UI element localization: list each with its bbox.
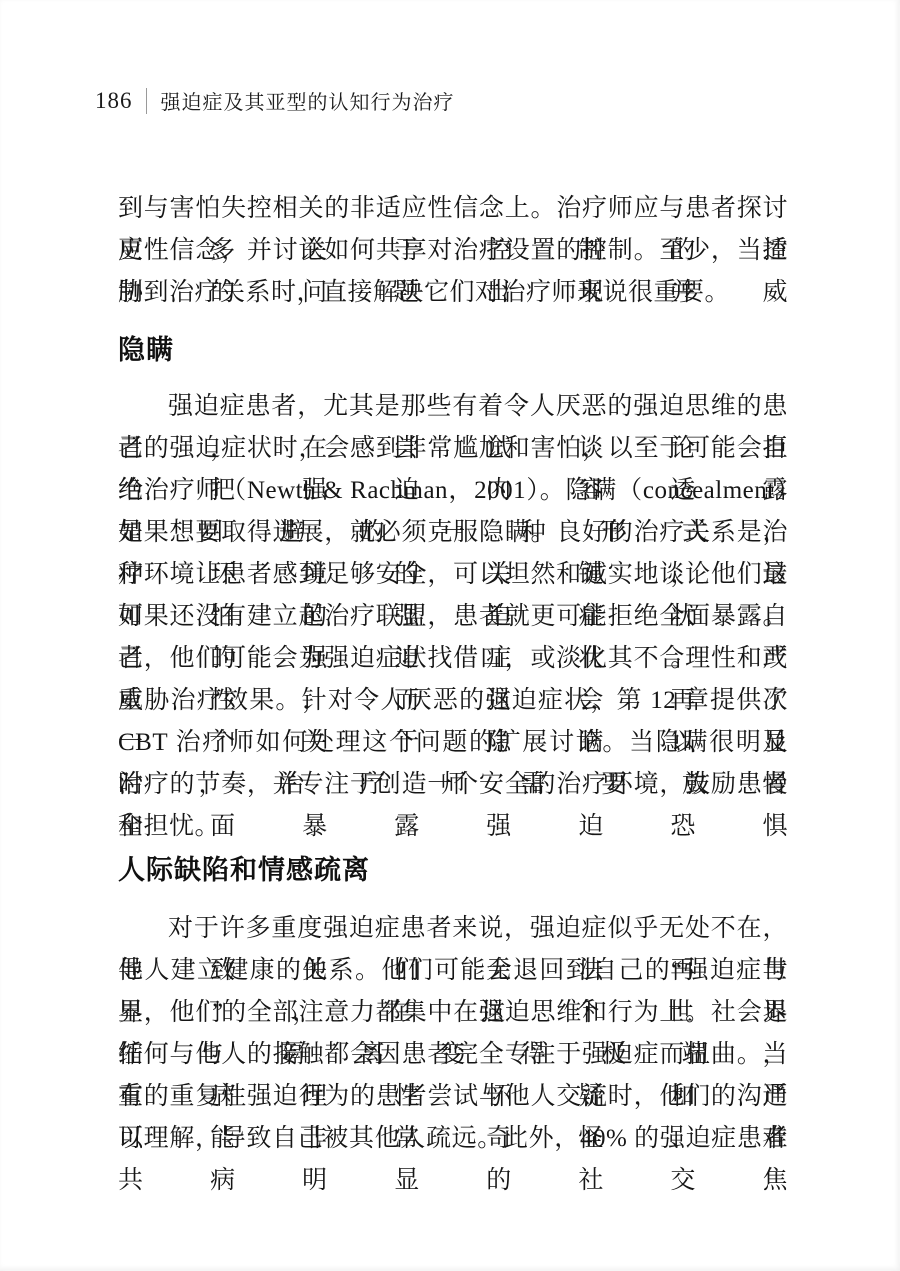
text-line: 重的重复性强迫行为的患者尝试与他人交流时，他们的沟通可能非常奇怪、难 — [118, 1076, 788, 1118]
text-line: 如果想要取得进展，就必须克服隐瞒。良好的治疗关系是治疗环境的关键，这 — [118, 512, 788, 554]
text-line: 者，他们可能会为强迫症状找借口，或淡化其不合理性和严重性，而这会再次 — [118, 638, 788, 680]
running-title: 强迫症及其亚型的认知行为治疗 — [161, 86, 455, 115]
text-line: 胁到治疗关系时，直接解决它们对治疗师来说很重要。 — [118, 272, 788, 314]
text-line: 给治疗师（Newth & Rachman，2001）。隐瞒（concealmen… — [118, 470, 788, 512]
text-line: 强迫症患者，尤其是那些有着令人厌恶的强迫思维的患者，在尝试谈论自 — [118, 386, 788, 428]
page-number: 186 — [95, 88, 133, 114]
text-line: CBT 治疗师如何处理这个问题的扩展讨论。当隐瞒很明显时，治疗师需要放慢 — [118, 722, 788, 764]
text-line: 如果还没有建立起治疗联盟，患者就更可能拒绝全面暴露自己的强迫症状。或 — [118, 596, 788, 638]
section-heading-h-renji: 人际缺陷和情感疏离 — [118, 852, 788, 888]
text-line: 种环境让患者感到足够安全，可以坦然和诚实地谈论他们最可怕的强迫症状。 — [118, 554, 788, 596]
book-page: 186 强迫症及其亚型的认知行为治疗 到与害怕失控相关的非适应性信念上。治疗师应… — [0, 0, 900, 1271]
text-line: 己的强迫症状时，会感到非常尴尬和害怕，以至于可能会拒绝把强迫内容透露 — [118, 428, 788, 470]
text-line: 应性信念，并讨论如何共享对治疗设置的控制。至少，当控制的问题出现并威 — [118, 230, 788, 272]
paragraph-p2: 强迫症患者，尤其是那些有着令人厌恶的强迫思维的患者，在尝试谈论自己的强迫症状时，… — [118, 386, 788, 848]
page-header: 186 强迫症及其亚型的认知行为治疗 — [95, 86, 455, 115]
text-line: 以理解，导致自己被其他人疏远。此外，40% 的强迫症患者共病明显的社交焦 — [118, 1118, 788, 1160]
section-heading-h-yinman: 隐瞒 — [118, 332, 788, 368]
page-body: 到与害怕失控相关的非适应性信念上。治疗师应与患者探讨更多关于控制的适应性信念，并… — [118, 188, 788, 1160]
paragraph-p3: 对于许多重度强迫症患者来说，强迫症似乎无处不在，导致他们无法再与他人建立健康的关… — [118, 908, 788, 1160]
paragraph-p1: 到与害怕失控相关的非适应性信念上。治疗师应与患者探讨更多关于控制的适应性信念，并… — [118, 188, 788, 314]
text-line: 里，他们的全部注意力都集中在强迫思维和行为上。社会退缩与隔离变得极端， — [118, 992, 788, 1034]
text-line: 威胁治疗效果。针对令人厌恶的强迫症状，第 12 章提供了一个关于隐瞒以及 — [118, 680, 788, 722]
header-divider — [146, 88, 147, 114]
text-line: 对于许多重度强迫症患者来说，强迫症似乎无处不在，导致他们无法再与 — [118, 908, 788, 950]
text-line: 到与害怕失控相关的非适应性信念上。治疗师应与患者探讨更多关于控制的适 — [118, 188, 788, 230]
text-line: 任何与他人的接触都会因患者完全专注于强迫症而扭曲。当有病理性怀疑和严 — [118, 1034, 788, 1076]
text-line: 治疗的节奏，并专注于创造一个安全的治疗环境，鼓励患者全面暴露强迫恐惧 — [118, 764, 788, 806]
text-line: 他人建立健康的关系。他们可能会退回到自己的“强迫症世界”，在这个世界 — [118, 950, 788, 992]
